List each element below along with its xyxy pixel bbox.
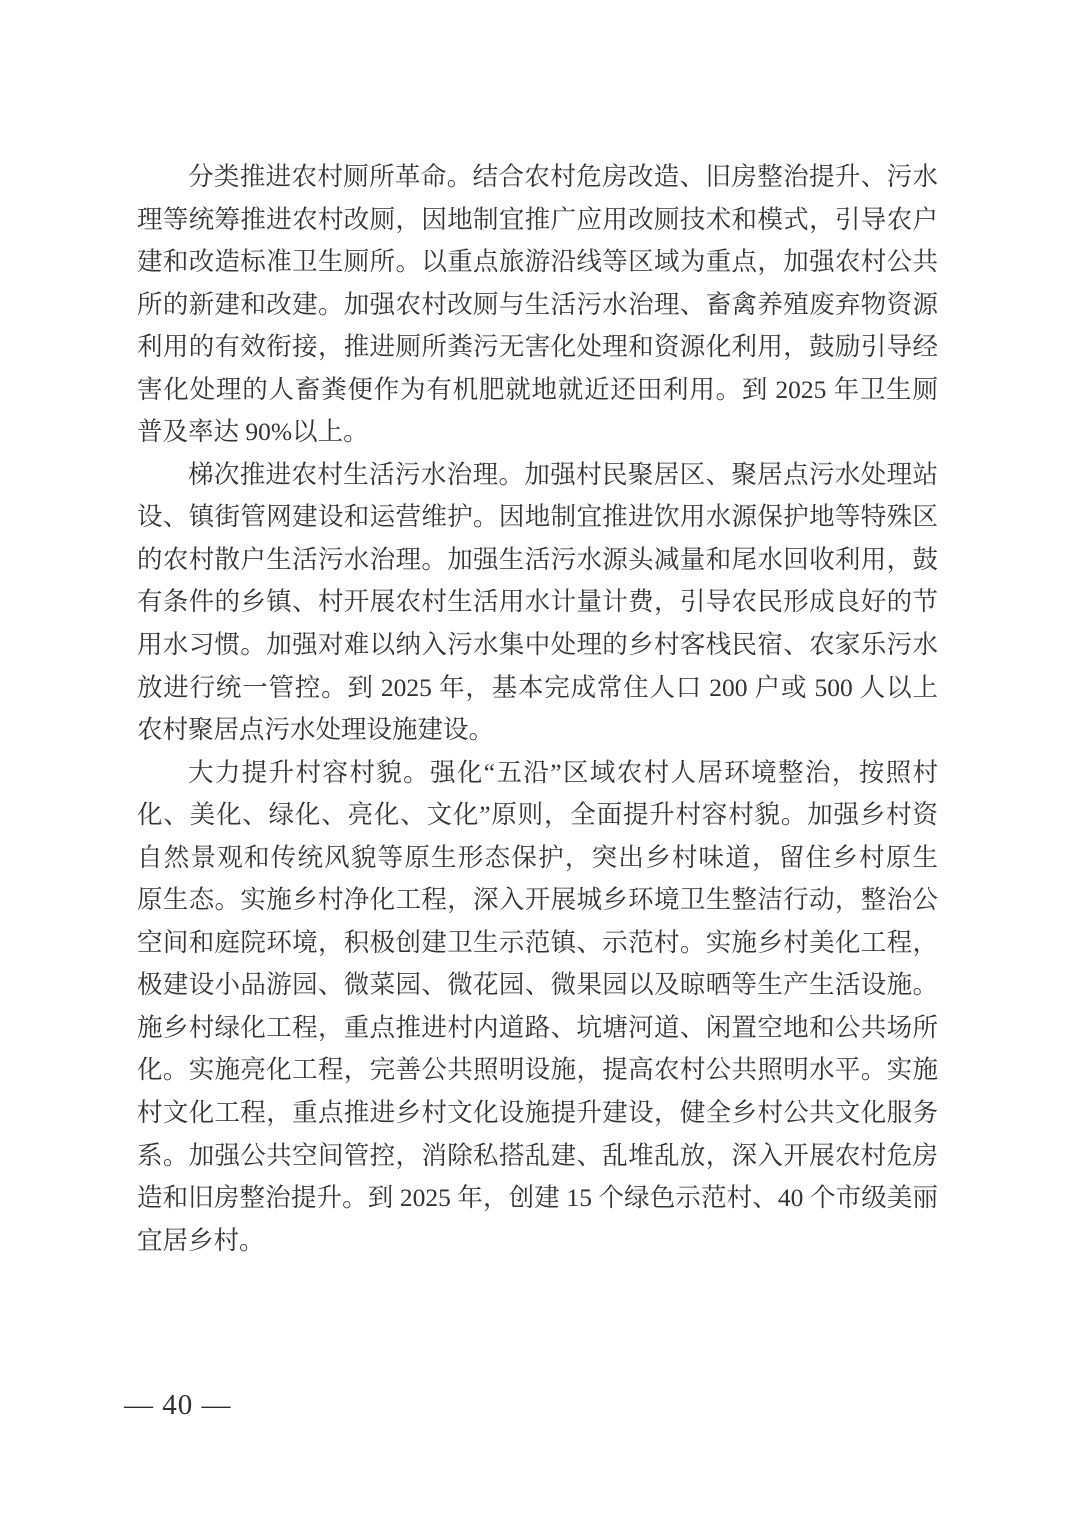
- text-line: 大力提升村容村貌。强化“五沿”区域农村人居环境整治，按照村庄“净: [137, 752, 938, 795]
- text-line: 普及率达 90%以上。: [137, 411, 938, 454]
- text-line: 梯次推进农村生活污水治理。加强村民聚居区、聚居点污水处理站建: [137, 454, 938, 497]
- text-line: 宜居乡村。: [137, 1220, 938, 1263]
- page-number: — 40 —: [124, 1384, 232, 1426]
- text-line: 的农村散户生活污水治理。加强生活污水源头减量和尾水回收利用，鼓励: [137, 539, 938, 582]
- text-line: 用水习惯。加强对难以纳入污水集中处理的乡村客栈民宿、农家乐污水排: [137, 624, 938, 667]
- paragraph: 大力提升村容村貌。强化“五沿”区域农村人居环境整治，按照村庄“净化、美化、绿化、…: [137, 752, 938, 1263]
- text-line: 自然景观和传统风貌等原生形态保护，突出乡村味道，留住乡村原生性、: [137, 837, 938, 880]
- paragraph: 分类推进农村厕所革命。结合农村危房改造、旧房整治提升、污水治理等统筹推进农村改厕…: [137, 156, 938, 454]
- text-line: 设、镇街管网建设和运营维护。因地制宜推进饮用水源保护地等特殊区域: [137, 496, 938, 539]
- text-line: 分类推进农村厕所革命。结合农村危房改造、旧房整治提升、污水治: [137, 156, 938, 199]
- text-line: 系。加强公共空间管控，消除私搭乱建、乱堆乱放，深入开展农村危房改: [137, 1135, 938, 1178]
- document-body: 分类推进农村厕所革命。结合农村危房改造、旧房整治提升、污水治理等统筹推进农村改厕…: [137, 156, 938, 1262]
- text-line: 放进行统一管控。到 2025 年，基本完成常住人口 200 户或 500 人以上…: [137, 667, 938, 710]
- text-line: 村文化工程，重点推进乡村文化设施提升建设，健全乡村公共文化服务体: [137, 1092, 938, 1135]
- document-page: 分类推进农村厕所革命。结合农村危房改造、旧房整治提升、污水治理等统筹推进农村改厕…: [0, 0, 1074, 1520]
- text-line: 极建设小品游园、微菜园、微花园、微果园以及晾晒等生产生活设施。实: [137, 964, 938, 1007]
- text-line: 原生态。实施乡村净化工程，深入开展城乡环境卫生整洁行动，整治公共: [137, 879, 938, 922]
- text-line: 有条件的乡镇、村开展农村生活用水计量计费，引导农民形成良好的节约: [137, 581, 938, 624]
- text-line: 建和改造标准卫生厕所。以重点旅游沿线等区域为重点，加强农村公共厕: [137, 241, 938, 284]
- text-line: 空间和庭院环境，积极创建卫生示范镇、示范村。实施乡村美化工程，积: [137, 922, 938, 965]
- text-line: 化、美化、绿化、亮化、文化”原则，全面提升村容村貌。加强乡村资源、: [137, 794, 938, 837]
- text-line: 利用的有效衔接，推进厕所粪污无害化处理和资源化利用，鼓励引导经无: [137, 326, 938, 369]
- text-line: 化。实施亮化工程，完善公共照明设施，提高农村公共照明水平。实施乡: [137, 1049, 938, 1092]
- text-line: 造和旧房整治提升。到 2025 年，创建 15 个绿色示范村、40 个市级美丽: [137, 1177, 938, 1220]
- paragraph: 梯次推进农村生活污水治理。加强村民聚居区、聚居点污水处理站建设、镇街管网建设和运…: [137, 454, 938, 752]
- text-line: 所的新建和改建。加强农村改厕与生活污水治理、畜禽养殖废弃物资源化: [137, 284, 938, 327]
- text-line: 害化处理的人畜粪便作为有机肥就地就近还田利用。到 2025 年卫生厕所: [137, 369, 938, 412]
- text-line: 农村聚居点污水处理设施建设。: [137, 709, 938, 752]
- text-line: 施乡村绿化工程，重点推进村内道路、坑塘河道、闲置空地和公共场所绿: [137, 1007, 938, 1050]
- text-line: 理等统筹推进农村改厕，因地制宜推广应用改厕技术和模式，引导农户新: [137, 199, 938, 242]
